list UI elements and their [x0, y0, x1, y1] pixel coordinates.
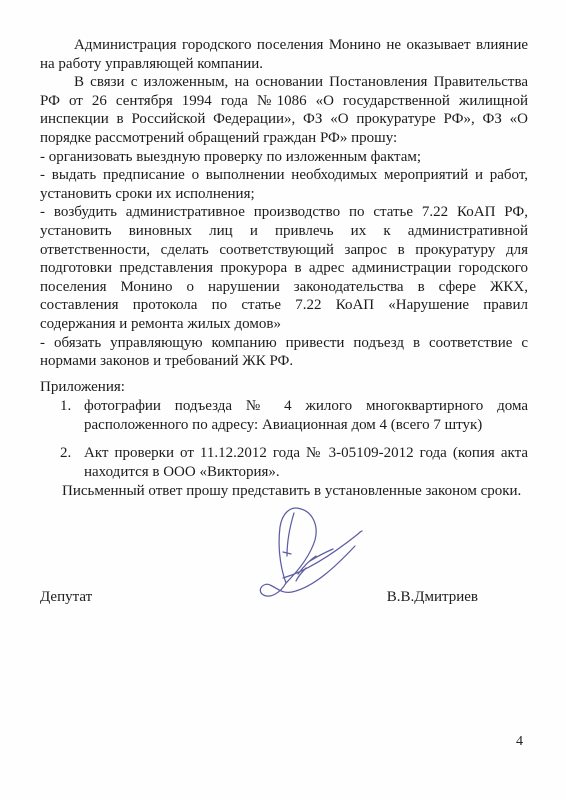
attachment-text: фотографии подъезда № 4 жилого многоквар…	[84, 397, 528, 435]
attachment-item-1: 1. фотографии подъезда № 4 жилого многок…	[40, 397, 528, 435]
document-page: Администрация городского поселения Монин…	[0, 0, 566, 800]
document-body: Администрация городского поселения Монин…	[40, 36, 528, 501]
request-item-3: - возбудить административное производств…	[40, 203, 528, 333]
page-number: 4	[516, 733, 523, 751]
signoff-role: Депутат	[40, 588, 92, 607]
attachment-text: Акт проверки от 11.12.2012 года № 3-0510…	[84, 444, 528, 482]
paragraph-1: Администрация городского поселения Монин…	[40, 36, 528, 73]
paragraph-2: В связи с изложенным, на основании Поста…	[40, 73, 528, 147]
list-number: 1.	[60, 397, 84, 435]
request-item-4: - обязать управляющую компанию привести …	[40, 334, 528, 371]
signoff-row: Депутат В.В.Дмитриев	[40, 588, 527, 607]
request-item-1: - организовать выездную проверку по изло…	[40, 148, 528, 167]
attachment-item-2: 2. Акт проверки от 11.12.2012 года № 3-0…	[40, 444, 528, 482]
attachments-heading: Приложения:	[40, 378, 528, 397]
signoff-name: В.В.Дмитриев	[387, 588, 478, 607]
request-item-2: - выдать предписание о выполнении необхо…	[40, 166, 528, 203]
list-number: 2.	[60, 444, 84, 482]
